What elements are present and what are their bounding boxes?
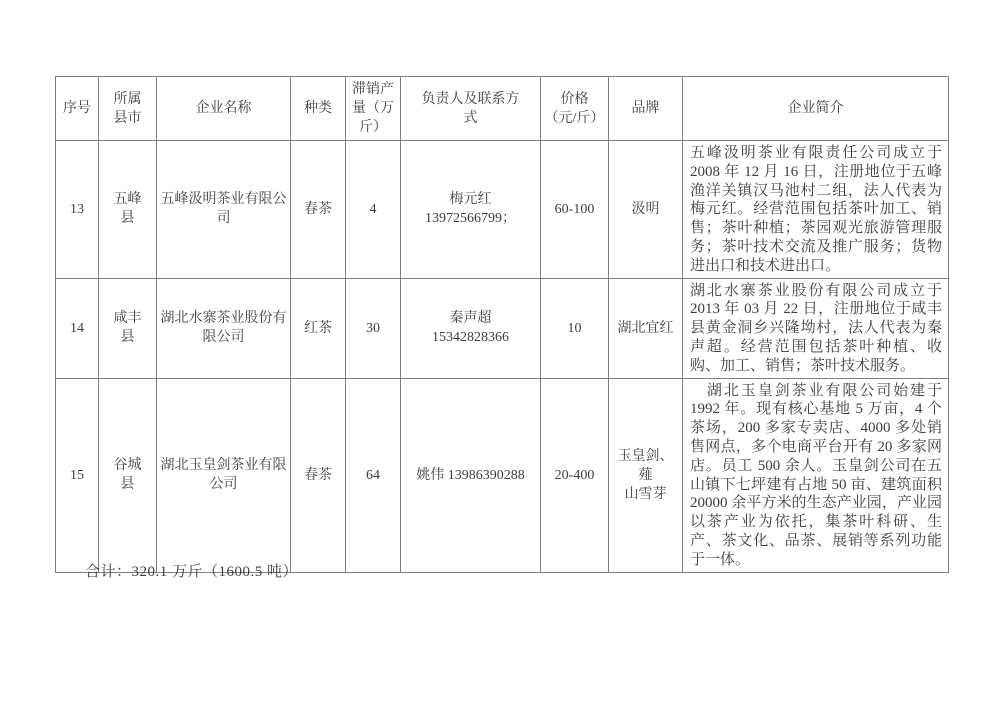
cell-no: 13	[56, 141, 99, 279]
cell-type: 春茶	[291, 378, 346, 572]
cell-quantity: 30	[346, 278, 401, 378]
cell-company: 湖北水寨茶业股份有限公司	[157, 278, 291, 378]
cell-intro: 湖北水寨茶业股份有限公司成立于 2013 年 03 月 22 日，注册地位于咸丰…	[683, 278, 949, 378]
table-row: 13 五峰 县 五峰汲明茶业有限公司 春茶 4 梅元红 13972566799；…	[56, 141, 949, 279]
cell-county: 五峰 县	[99, 141, 157, 279]
cell-brand: 湖北宜红	[609, 278, 683, 378]
header-company: 企业名称	[157, 77, 291, 141]
cell-type: 红茶	[291, 278, 346, 378]
table-row: 14 咸丰 县 湖北水寨茶业股份有限公司 红茶 30 秦声超 153428283…	[56, 278, 949, 378]
cell-contact: 梅元红 13972566799；	[401, 141, 541, 279]
tea-companies-table: 序号 所属 县市 企业名称 种类 滞销产 量（万 斤） 负责人及联系方 式 价格…	[55, 76, 949, 573]
header-price: 价格 （元/斤）	[541, 77, 609, 141]
cell-price: 20-400	[541, 378, 609, 572]
cell-quantity: 4	[346, 141, 401, 279]
cell-company: 湖北玉皇剑茶业有限公司	[157, 378, 291, 572]
header-quantity: 滞销产 量（万 斤）	[346, 77, 401, 141]
table-header-row: 序号 所属 县市 企业名称 种类 滞销产 量（万 斤） 负责人及联系方 式 价格…	[56, 77, 949, 141]
header-county: 所属 县市	[99, 77, 157, 141]
total-summary: 合计：320.1 万斤（1600.5 吨）	[85, 560, 298, 581]
cell-county: 谷城 县	[99, 378, 157, 572]
cell-contact: 姚伟 13986390288	[401, 378, 541, 572]
header-intro: 企业简介	[683, 77, 949, 141]
header-brand: 品牌	[609, 77, 683, 141]
cell-price: 10	[541, 278, 609, 378]
document-page: 序号 所属 县市 企业名称 种类 滞销产 量（万 斤） 负责人及联系方 式 价格…	[0, 0, 1000, 707]
cell-intro: 湖北玉皇剑茶业有限公司始建于 1992 年。现有核心基地 5 万亩，4 个茶场，…	[683, 378, 949, 572]
header-no: 序号	[56, 77, 99, 141]
header-type: 种类	[291, 77, 346, 141]
cell-company: 五峰汲明茶业有限公司	[157, 141, 291, 279]
cell-county: 咸丰 县	[99, 278, 157, 378]
cell-quantity: 64	[346, 378, 401, 572]
table-row: 15 谷城 县 湖北玉皇剑茶业有限公司 春茶 64 姚伟 13986390288…	[56, 378, 949, 572]
cell-intro: 五峰汲明茶业有限责任公司成立于 2008 年 12 月 16 日，注册地位于五峰…	[683, 141, 949, 279]
cell-no: 14	[56, 278, 99, 378]
cell-type: 春茶	[291, 141, 346, 279]
cell-price: 60-100	[541, 141, 609, 279]
cell-no: 15	[56, 378, 99, 572]
cell-brand: 汲明	[609, 141, 683, 279]
cell-contact: 秦声超 15342828366	[401, 278, 541, 378]
header-contact: 负责人及联系方 式	[401, 77, 541, 141]
cell-brand: 玉皇剑、薤 山雪芽	[609, 378, 683, 572]
